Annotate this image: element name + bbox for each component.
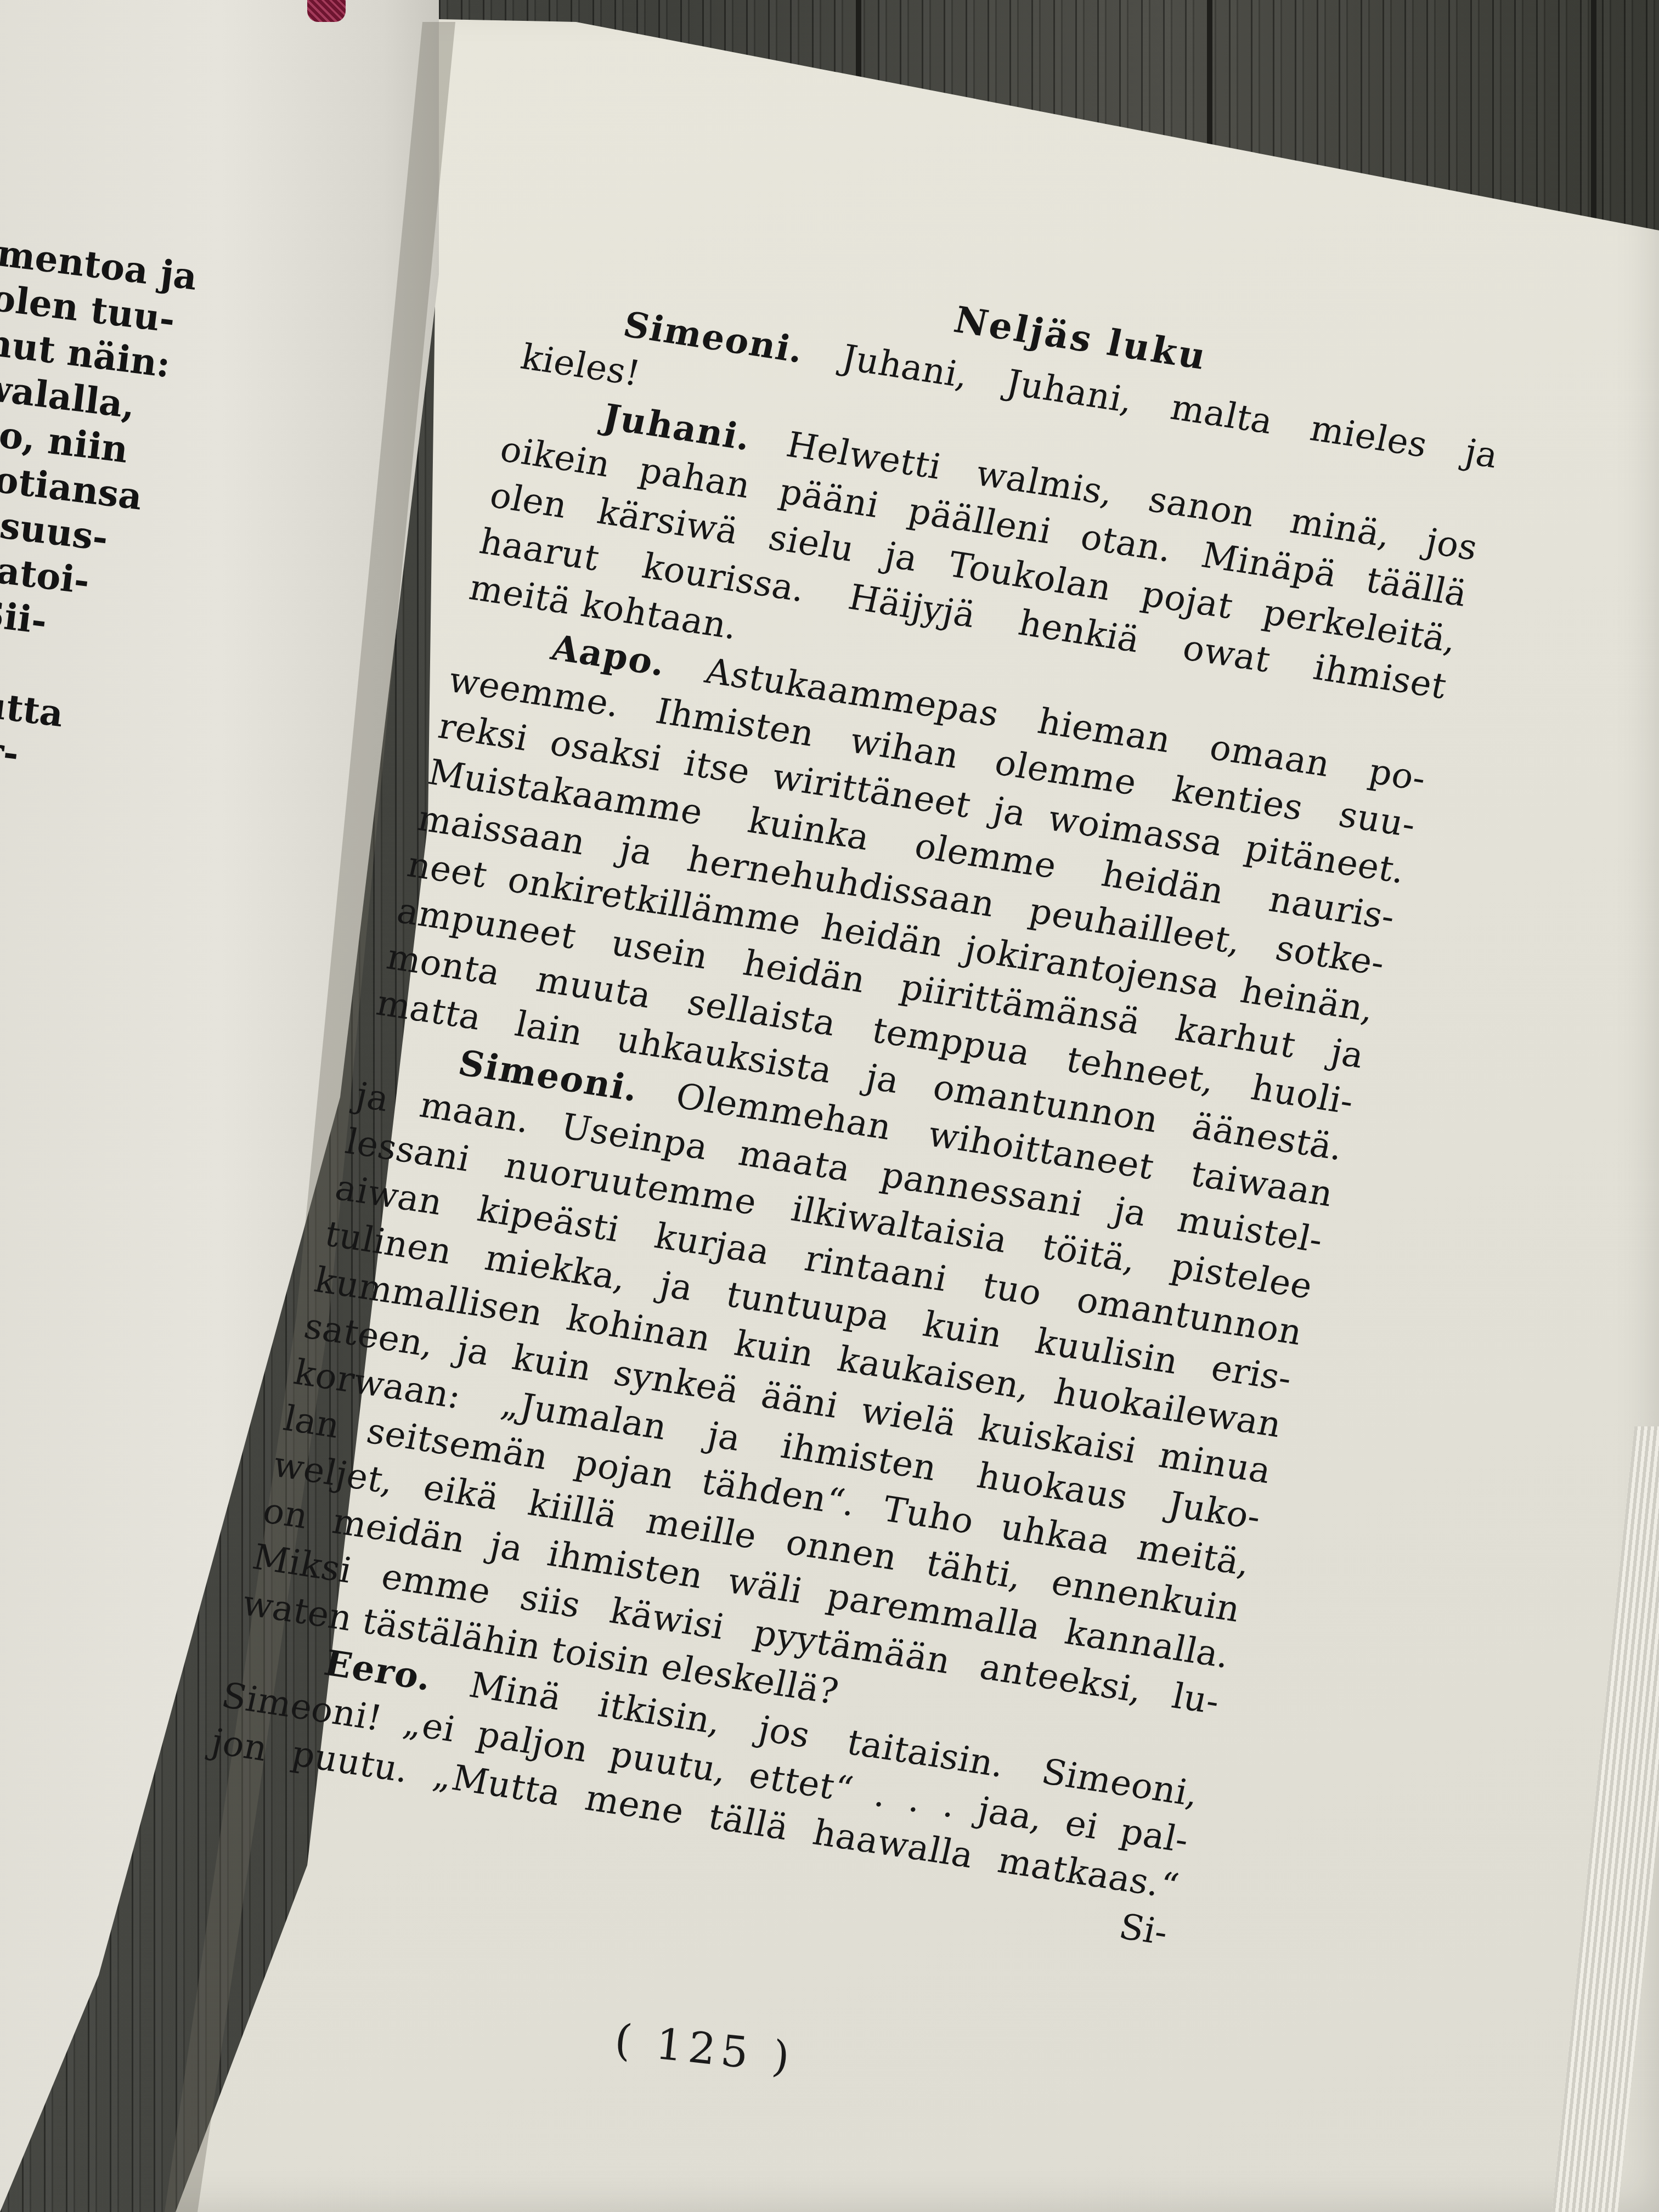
bookmark-ribbon [307,0,346,22]
left-page-text: mentoa ja olen tuu- nut näin: walalla, o… [0,230,200,1148]
